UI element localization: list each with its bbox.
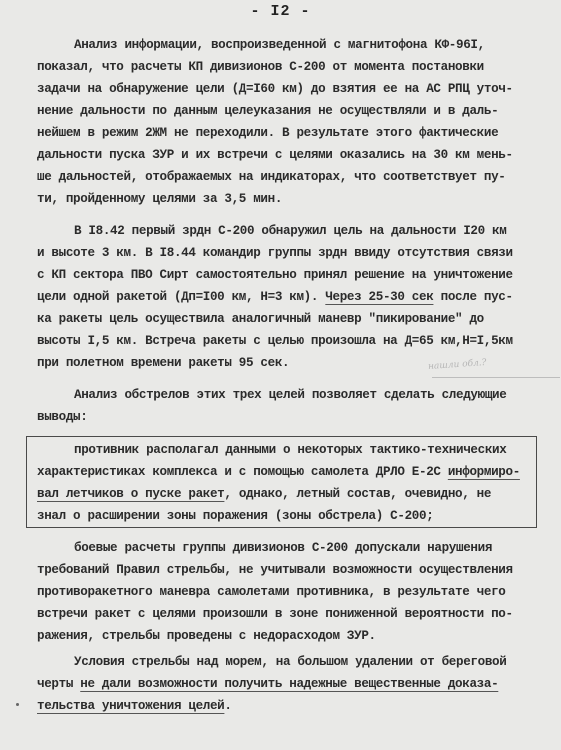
text-line: ка ракеты цель осуществила аналогичный м… (37, 312, 484, 326)
underlined-text: не дали возможности получить надежные ве… (80, 677, 498, 691)
text-line: нейшем в режим 2ЖМ не переходили. В резу… (37, 126, 498, 140)
text-line: выводы: (37, 410, 87, 424)
text-line: высоты I,5 км. Встреча ракеты с целью пр… (37, 334, 513, 348)
text-line: черты не дали возможности получить надеж… (37, 677, 498, 691)
text-line: вал летчиков о пуске ракет, однако, летн… (37, 487, 491, 501)
text-line: ше дальностей, отображаемых на индикатор… (37, 170, 506, 184)
text-line: ти, пройденному целями за 3,5 мин. (37, 192, 282, 206)
text-line: характеристиках комплекса и с помощью са… (37, 465, 520, 479)
handwritten-margin-note: нашли обл.? (428, 358, 487, 372)
text-line: противоракетного маневра самолетами прот… (37, 585, 506, 599)
text-line: противник располагал данными о некоторых… (74, 443, 506, 457)
text-line: цели одной ракетой (Дп=I00 км, Н=3 км). … (37, 290, 513, 304)
text-line: В I8.42 первый зрдн С-200 обнаружил цель… (74, 224, 506, 238)
text-run: черты (37, 677, 80, 691)
text-line: знал о расширении зоны поражения (зоны о… (37, 509, 433, 523)
underlined-text: вал летчиков о пуске ракет (37, 487, 224, 501)
text-line: нение дальности по данным целеуказания н… (37, 104, 498, 118)
document-page: - I2 - Анализ информации, воспроизведенн… (0, 0, 561, 750)
text-line: тельства уничтожения целей. (37, 699, 232, 713)
text-line: боевые расчеты группы дивизионов С-200 д… (74, 541, 492, 555)
margin-rule-line (432, 377, 560, 378)
text-line: дальности пуска ЗУР и их встречи с целям… (37, 148, 513, 162)
text-run: цели одной ракетой (Дп=I00 км, Н=3 км). (37, 290, 325, 304)
underlined-text: тельства уничтожения целей (37, 699, 224, 713)
text-run: после пус- (433, 290, 512, 304)
text-line: и высоте 3 км. В I8.44 командир группы з… (37, 246, 513, 260)
margin-dot-mark (16, 703, 19, 706)
underlined-text: Через 25-30 сек (325, 290, 433, 304)
text-line: требований Правил стрельбы, не учитывали… (37, 563, 513, 577)
page-number: - I2 - (0, 3, 561, 20)
text-line: ражения, стрельбы проведены с недорасход… (37, 629, 376, 643)
text-line: задачи на обнаружение цели (Д=I60 км) до… (37, 82, 513, 96)
text-line: при полетном времени ракеты 95 сек. (37, 356, 289, 370)
text-run: , однако, летный состав, очевидно, не (224, 487, 491, 501)
underlined-text: информиро- (448, 465, 520, 479)
text-line: Анализ обстрелов этих трех целей позволя… (74, 388, 506, 402)
text-line: встречи ракет с целями произошли в зоне … (37, 607, 513, 621)
text-line: показал, что расчеты КП дивизионов С-200… (37, 60, 484, 74)
text-line: с КП сектора ПВО Сирт самостоятельно при… (37, 268, 513, 282)
text-run: . (224, 699, 231, 713)
text-line: Анализ информации, воспроизведенной с ма… (74, 38, 485, 52)
text-line: Условия стрельбы над морем, на большом у… (74, 655, 506, 669)
text-run: характеристиках комплекса и с помощью са… (37, 465, 448, 479)
